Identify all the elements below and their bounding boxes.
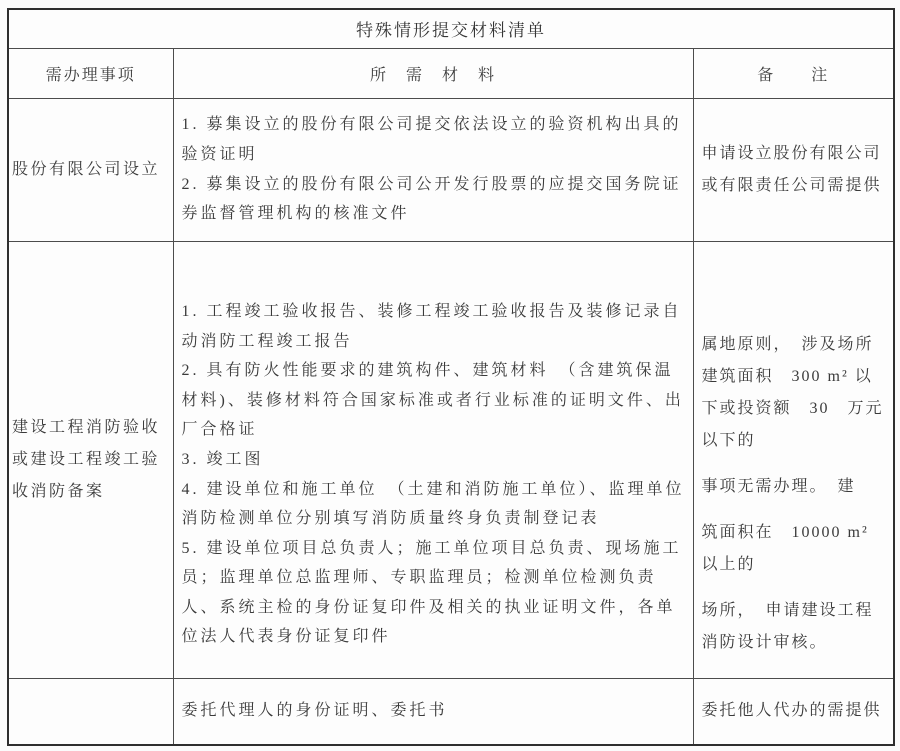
paragraph: 5. 建设单位项目总负责人；施工单位项目总负责、现场施工员；监理单位总监理师、专… xyxy=(182,534,685,652)
column-header-items-to-handle: 需办理事项 xyxy=(8,48,173,98)
paragraph: 筑面积在 10000 m² 以上的 xyxy=(702,517,886,581)
paragraph: 委托代理人的身份证明、委托书 xyxy=(182,696,685,726)
cell-item-name: 建设工程消防验收或建设工程竣工验收消防备案 xyxy=(8,241,173,678)
paragraph: 申请设立股份有限公司或有限责任公司需提供 xyxy=(702,138,886,202)
header-row: 需办理事项 所 需 材 料 备 注 xyxy=(8,48,894,98)
materials-table: 特殊情形提交材料清单 需办理事项 所 需 材 料 备 注 股份有限公司设立 1.… xyxy=(7,8,895,746)
cell-remarks: 委托他人代办的需提供 xyxy=(693,678,894,745)
cell-required-materials: 委托代理人的身份证明、委托书 xyxy=(173,678,693,745)
paragraph: 4. 建设单位和施工单位 （土建和消防施工单位）、监理单位消防检测单位分别填写消… xyxy=(182,475,685,534)
table-row-company-establishment: 股份有限公司设立 1. 募集设立的股份有限公司提交依法设立的验资机构出具的验资证… xyxy=(8,98,894,241)
document-page: 特殊情形提交材料清单 需办理事项 所 需 材 料 备 注 股份有限公司设立 1.… xyxy=(0,0,900,751)
paragraph: 场所， 申请建设工程消防设计审核。 xyxy=(702,595,886,659)
paragraph: 委托他人代办的需提供 xyxy=(702,695,886,727)
paragraph: 事项无需办理。 建 xyxy=(702,471,886,503)
column-header-required-materials: 所 需 材 料 xyxy=(173,48,693,98)
paragraph: 属地原则， 涉及场所建筑面积 300 m² 以下或投资额 30 万元以下的 xyxy=(702,329,886,457)
title-row: 特殊情形提交材料清单 xyxy=(8,9,894,48)
cell-remarks: 属地原则， 涉及场所建筑面积 300 m² 以下或投资额 30 万元以下的事项无… xyxy=(693,241,894,678)
paragraph: 1. 募集设立的股份有限公司提交依法设立的验资机构出具的验资证明 xyxy=(182,110,685,169)
cell-item-name xyxy=(8,678,173,745)
cell-required-materials: 1. 工程竣工验收报告、装修工程竣工验收报告及装修记录自动消防工程竣工报告2. … xyxy=(173,241,693,678)
paragraph: 3. 竣工图 xyxy=(182,445,685,475)
paragraph: 1. 工程竣工验收报告、装修工程竣工验收报告及装修记录自动消防工程竣工报告 xyxy=(182,297,685,356)
cell-remarks: 申请设立股份有限公司或有限责任公司需提供 xyxy=(693,98,894,241)
table-row-agent-delegation: 委托代理人的身份证明、委托书 委托他人代办的需提供 xyxy=(8,678,894,745)
column-header-remarks: 备 注 xyxy=(693,48,894,98)
table-title: 特殊情形提交材料清单 xyxy=(8,9,894,48)
paragraph: 2. 募集设立的股份有限公司公开发行股票的应提交国务院证券监督管理机构的核准文件 xyxy=(182,170,685,229)
paragraph: 2. 具有防火性能要求的建筑构件、建筑材料 （含建筑保温材料)、装修材料符合国家… xyxy=(182,356,685,445)
table-row-fire-inspection: 建设工程消防验收或建设工程竣工验收消防备案 1. 工程竣工验收报告、装修工程竣工… xyxy=(8,241,894,678)
cell-required-materials: 1. 募集设立的股份有限公司提交依法设立的验资机构出具的验资证明2. 募集设立的… xyxy=(173,98,693,241)
cell-item-name: 股份有限公司设立 xyxy=(8,98,173,241)
